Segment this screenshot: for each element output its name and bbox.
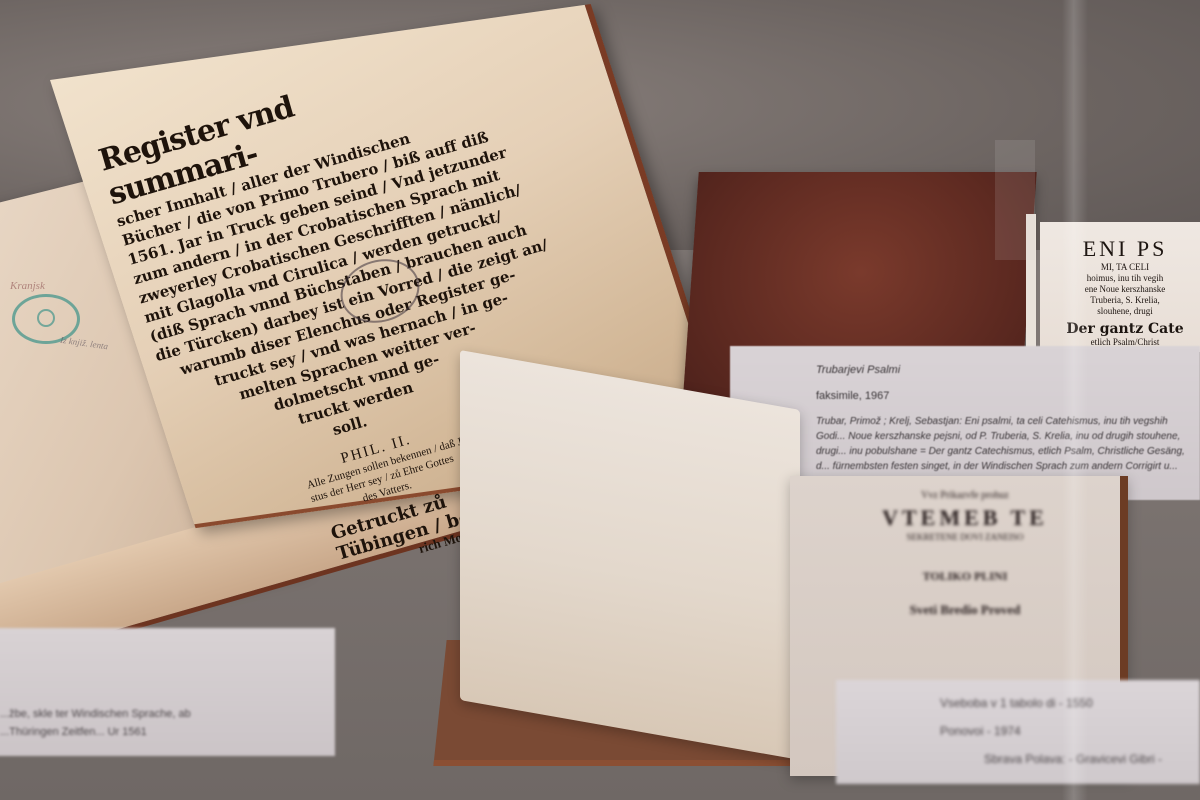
- front-book-text: Vvz Prikazvfe prohuz VTEMEB TE SEKRETENE…: [840, 490, 1090, 618]
- text-line: SEKRETENE DOVI ZANEISO: [840, 531, 1090, 543]
- museum-display-scene: Register vnd summari- scher Innhalt / al…: [0, 0, 1200, 800]
- exhibit-label-left: ...žbe, skle ter Windischen Sprache, ab …: [0, 628, 335, 756]
- left-page: [460, 350, 800, 760]
- text-line: Vvz Prikazvfe prohuz: [840, 490, 1090, 501]
- label-line: Ponovoi - 1974: [940, 724, 1021, 738]
- exhibit-label-right: Vseboba v 1 tabolo di - 1550 Ponovoi - 1…: [836, 680, 1200, 784]
- label-title: Trubarjevi Psalmi: [816, 364, 900, 376]
- glass-reflection: [995, 140, 1035, 260]
- margin-note: Kranjsk: [10, 280, 45, 292]
- text-line: TOLIKO PLINI: [840, 569, 1090, 584]
- front-book-title: VTEMEB TE: [840, 505, 1090, 531]
- label-line: ...žbe, skle ter Windischen Sprache, ab: [0, 708, 191, 720]
- front-book-imprint: Sveti Bredio Proved: [840, 602, 1090, 618]
- glass-panel-edge: [1062, 0, 1088, 800]
- label-line: ...Thüringen Zeitfen... Ur 1561: [0, 726, 147, 738]
